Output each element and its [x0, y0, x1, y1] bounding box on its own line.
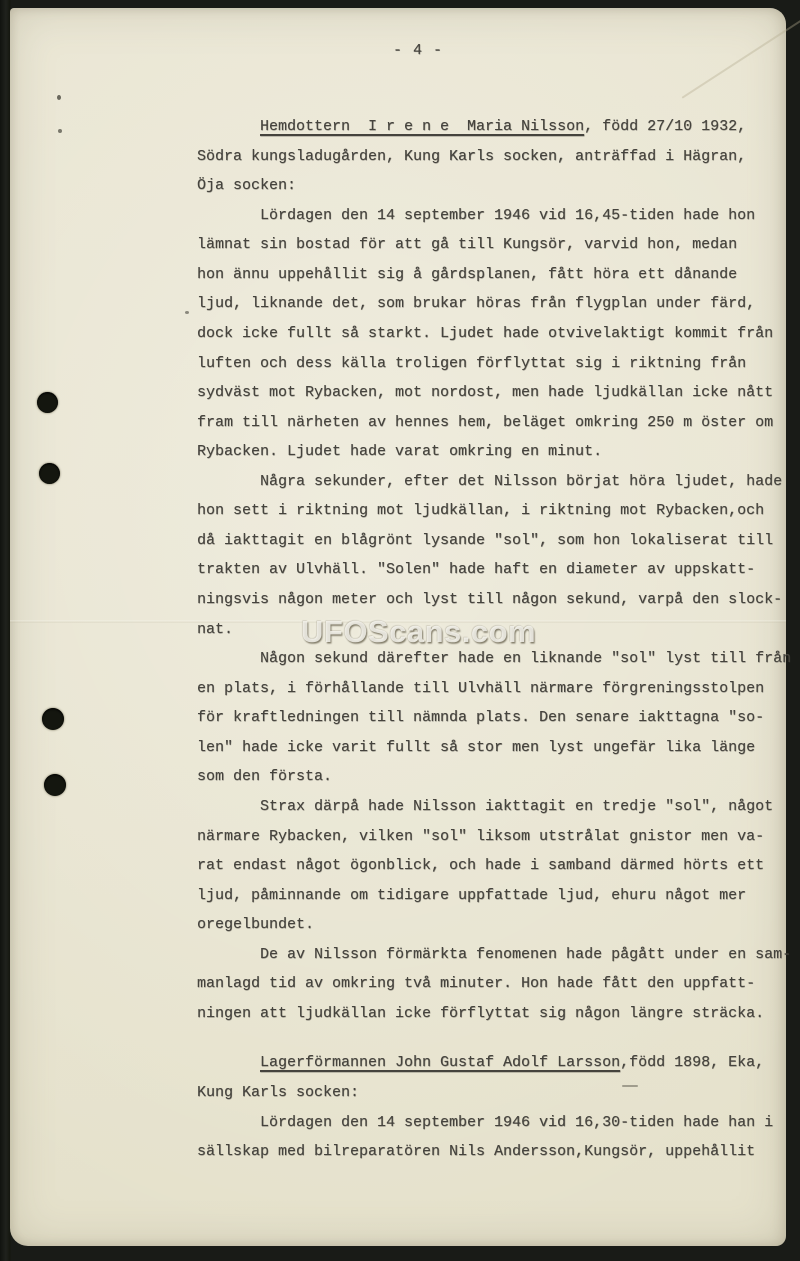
- document-line: Strax därpå hade Nilsson iakttagit en tr…: [197, 792, 797, 822]
- body-paragraph: Lördagen den 14 september 1946 vid 16,30…: [197, 1108, 797, 1167]
- document-line: len" hade icke varit fullt så stor men l…: [197, 733, 797, 763]
- text-segment: De av Nilsson förmärkta fenomenen hade p…: [197, 946, 791, 963]
- text-segment: manlagd tid av omkring två minuter. Hon …: [197, 975, 755, 992]
- body-paragraph: Lördagen den 14 september 1946 vid 16,45…: [197, 201, 797, 467]
- text-segment: en plats, i förhållande till Ulvhäll när…: [197, 680, 764, 697]
- document-line: manlagd tid av omkring två minuter. Hon …: [197, 969, 797, 999]
- text-segment: närmare Rybacken, vilken "sol" liksom ut…: [197, 828, 764, 845]
- document-line: fram till närheten av hennes hem, beläge…: [197, 408, 797, 438]
- text-segment: Rybacken. Ljudet hade varat omkring en m…: [197, 443, 602, 460]
- underlined-name-text: Lagerförmannen John Gustaf Adolf Larsson: [260, 1054, 620, 1071]
- text-segment: Lördagen den 14 september 1946 vid 16,30…: [197, 1114, 773, 1131]
- document-line: en plats, i förhållande till Ulvhäll när…: [197, 674, 797, 704]
- underlined-name-text: Hemdottern I r e n e Maria Nilsson: [260, 118, 584, 135]
- document-line: Södra kungsladugården, Kung Karls socken…: [197, 142, 797, 172]
- text-segment: hon sett i riktning mot ljudkällan, i ri…: [197, 502, 764, 519]
- text-segment: lämnat sin bostad för att gå till Kungsö…: [197, 236, 737, 253]
- witness-heading-paragraph: Hemdottern I r e n e Maria Nilsson, född…: [197, 112, 797, 201]
- corner-crease: [682, 15, 800, 98]
- hole-punch: [37, 392, 58, 413]
- document-line: hon sett i riktning mot ljudkällan, i ri…: [197, 496, 797, 526]
- document-line: trakten av Ulvhäll. "Solen" hade haft en…: [197, 555, 797, 585]
- text-segment: rat endast något ögonblick, och hade i s…: [197, 857, 764, 874]
- hole-punch: [42, 708, 64, 730]
- document-line: Kung Karls socken:: [197, 1078, 797, 1108]
- text-segment: trakten av Ulvhäll. "Solen" hade haft en…: [197, 561, 755, 578]
- page-number: - 4 -: [393, 42, 443, 59]
- text-segment: dock icke fullt så starkt. Ljudet hade o…: [197, 325, 773, 342]
- text-segment: , född 27/10 1932,: [584, 118, 746, 135]
- document-line: rat endast något ögonblick, och hade i s…: [197, 851, 797, 881]
- paper-speck: [58, 129, 62, 133]
- text-segment: Strax därpå hade Nilsson iakttagit en tr…: [197, 798, 773, 815]
- text-segment: nat.: [197, 621, 233, 638]
- text-segment: Några sekunder, efter det Nilsson börjat…: [197, 473, 782, 490]
- hole-punch: [39, 463, 60, 484]
- text-segment: sydväst mot Rybacken, mot nordost, men h…: [197, 384, 773, 401]
- text-segment: Någon sekund därefter hade en liknande "…: [197, 650, 791, 667]
- text-segment: sällskap med bilreparatören Nils Anderss…: [197, 1143, 755, 1160]
- text-segment: ljud, liknande det, som brukar höras frå…: [197, 295, 755, 312]
- document-line: för kraftledningen till nämnda plats. De…: [197, 703, 797, 733]
- document-line: hon ännu uppehållit sig å gårdsplanen, f…: [197, 260, 797, 290]
- paper-speck: [57, 95, 61, 100]
- document-line: lämnat sin bostad för att gå till Kungsö…: [197, 230, 797, 260]
- hole-punch: [44, 774, 66, 796]
- document-line: luften och dess källa troligen förflytta…: [197, 349, 797, 379]
- document-line: Hemdottern I r e n e Maria Nilsson, född…: [197, 112, 797, 142]
- document-line: dock icke fullt så starkt. Ljudet hade o…: [197, 319, 797, 349]
- text-segment: ningen att ljudkällan icke förflyttat si…: [197, 1005, 764, 1022]
- text-segment: ljud, påminnande om tidigare uppfattade …: [197, 887, 746, 904]
- document-line: oregelbundet.: [197, 910, 797, 940]
- document-line: ljud, påminnande om tidigare uppfattade …: [197, 881, 797, 911]
- document-line: ningsvis någon meter och lyst till någon…: [197, 585, 797, 615]
- document-line: Öja socken:: [197, 171, 797, 201]
- text-segment: för kraftledningen till nämnda plats. De…: [197, 709, 764, 726]
- text-segment: Södra kungsladugården, Kung Karls socken…: [197, 148, 746, 165]
- watermark: UFOScans.com: [301, 614, 536, 650]
- text-segment: ,född 1898, Eka,: [620, 1054, 764, 1071]
- text-segment: då iakttagit en blågrönt lysande "sol", …: [197, 532, 773, 549]
- body-paragraph: Någon sekund därefter hade en liknande "…: [197, 644, 797, 792]
- document-line: närmare Rybacken, vilken "sol" liksom ut…: [197, 822, 797, 852]
- document-line: Rybacken. Ljudet hade varat omkring en m…: [197, 437, 797, 467]
- document-line: ningen att ljudkällan icke förflyttat si…: [197, 999, 797, 1029]
- text-segment: Öja socken:: [197, 177, 296, 194]
- text-segment: [197, 1054, 260, 1071]
- document-line: Lördagen den 14 september 1946 vid 16,45…: [197, 201, 797, 231]
- text-segment: ningsvis någon meter och lyst till någon…: [197, 591, 782, 608]
- stray-ink-mark: [185, 311, 189, 314]
- document-line: ljud, liknande det, som brukar höras frå…: [197, 289, 797, 319]
- document-line: Lördagen den 14 september 1946 vid 16,30…: [197, 1108, 797, 1138]
- document-line: sällskap med bilreparatören Nils Anderss…: [197, 1137, 797, 1167]
- text-segment: [197, 118, 260, 135]
- document-line: då iakttagit en blågrönt lysande "sol", …: [197, 526, 797, 556]
- text-segment: len" hade icke varit fullt så stor men l…: [197, 739, 755, 756]
- text-segment: som den första.: [197, 768, 332, 785]
- text-segment: Lördagen den 14 september 1946 vid 16,45…: [197, 207, 755, 224]
- text-segment: Kung Karls socken:: [197, 1084, 359, 1101]
- document-line: sydväst mot Rybacken, mot nordost, men h…: [197, 378, 797, 408]
- document-line: Några sekunder, efter det Nilsson börjat…: [197, 467, 797, 497]
- text-segment: oregelbundet.: [197, 916, 314, 933]
- document-line: som den första.: [197, 762, 797, 792]
- text-segment: hon ännu uppehållit sig å gårdsplanen, f…: [197, 266, 737, 283]
- text-segment: fram till närheten av hennes hem, beläge…: [197, 414, 773, 431]
- body-paragraph: Strax därpå hade Nilsson iakttagit en tr…: [197, 792, 797, 940]
- document-line: Lagerförmannen John Gustaf Adolf Larsson…: [197, 1048, 797, 1078]
- witness-heading-paragraph: Lagerförmannen John Gustaf Adolf Larsson…: [197, 1048, 797, 1107]
- document-line: De av Nilsson förmärkta fenomenen hade p…: [197, 940, 797, 970]
- text-segment: luften och dess källa troligen förflytta…: [197, 355, 746, 372]
- body-paragraph: De av Nilsson förmärkta fenomenen hade p…: [197, 940, 797, 1029]
